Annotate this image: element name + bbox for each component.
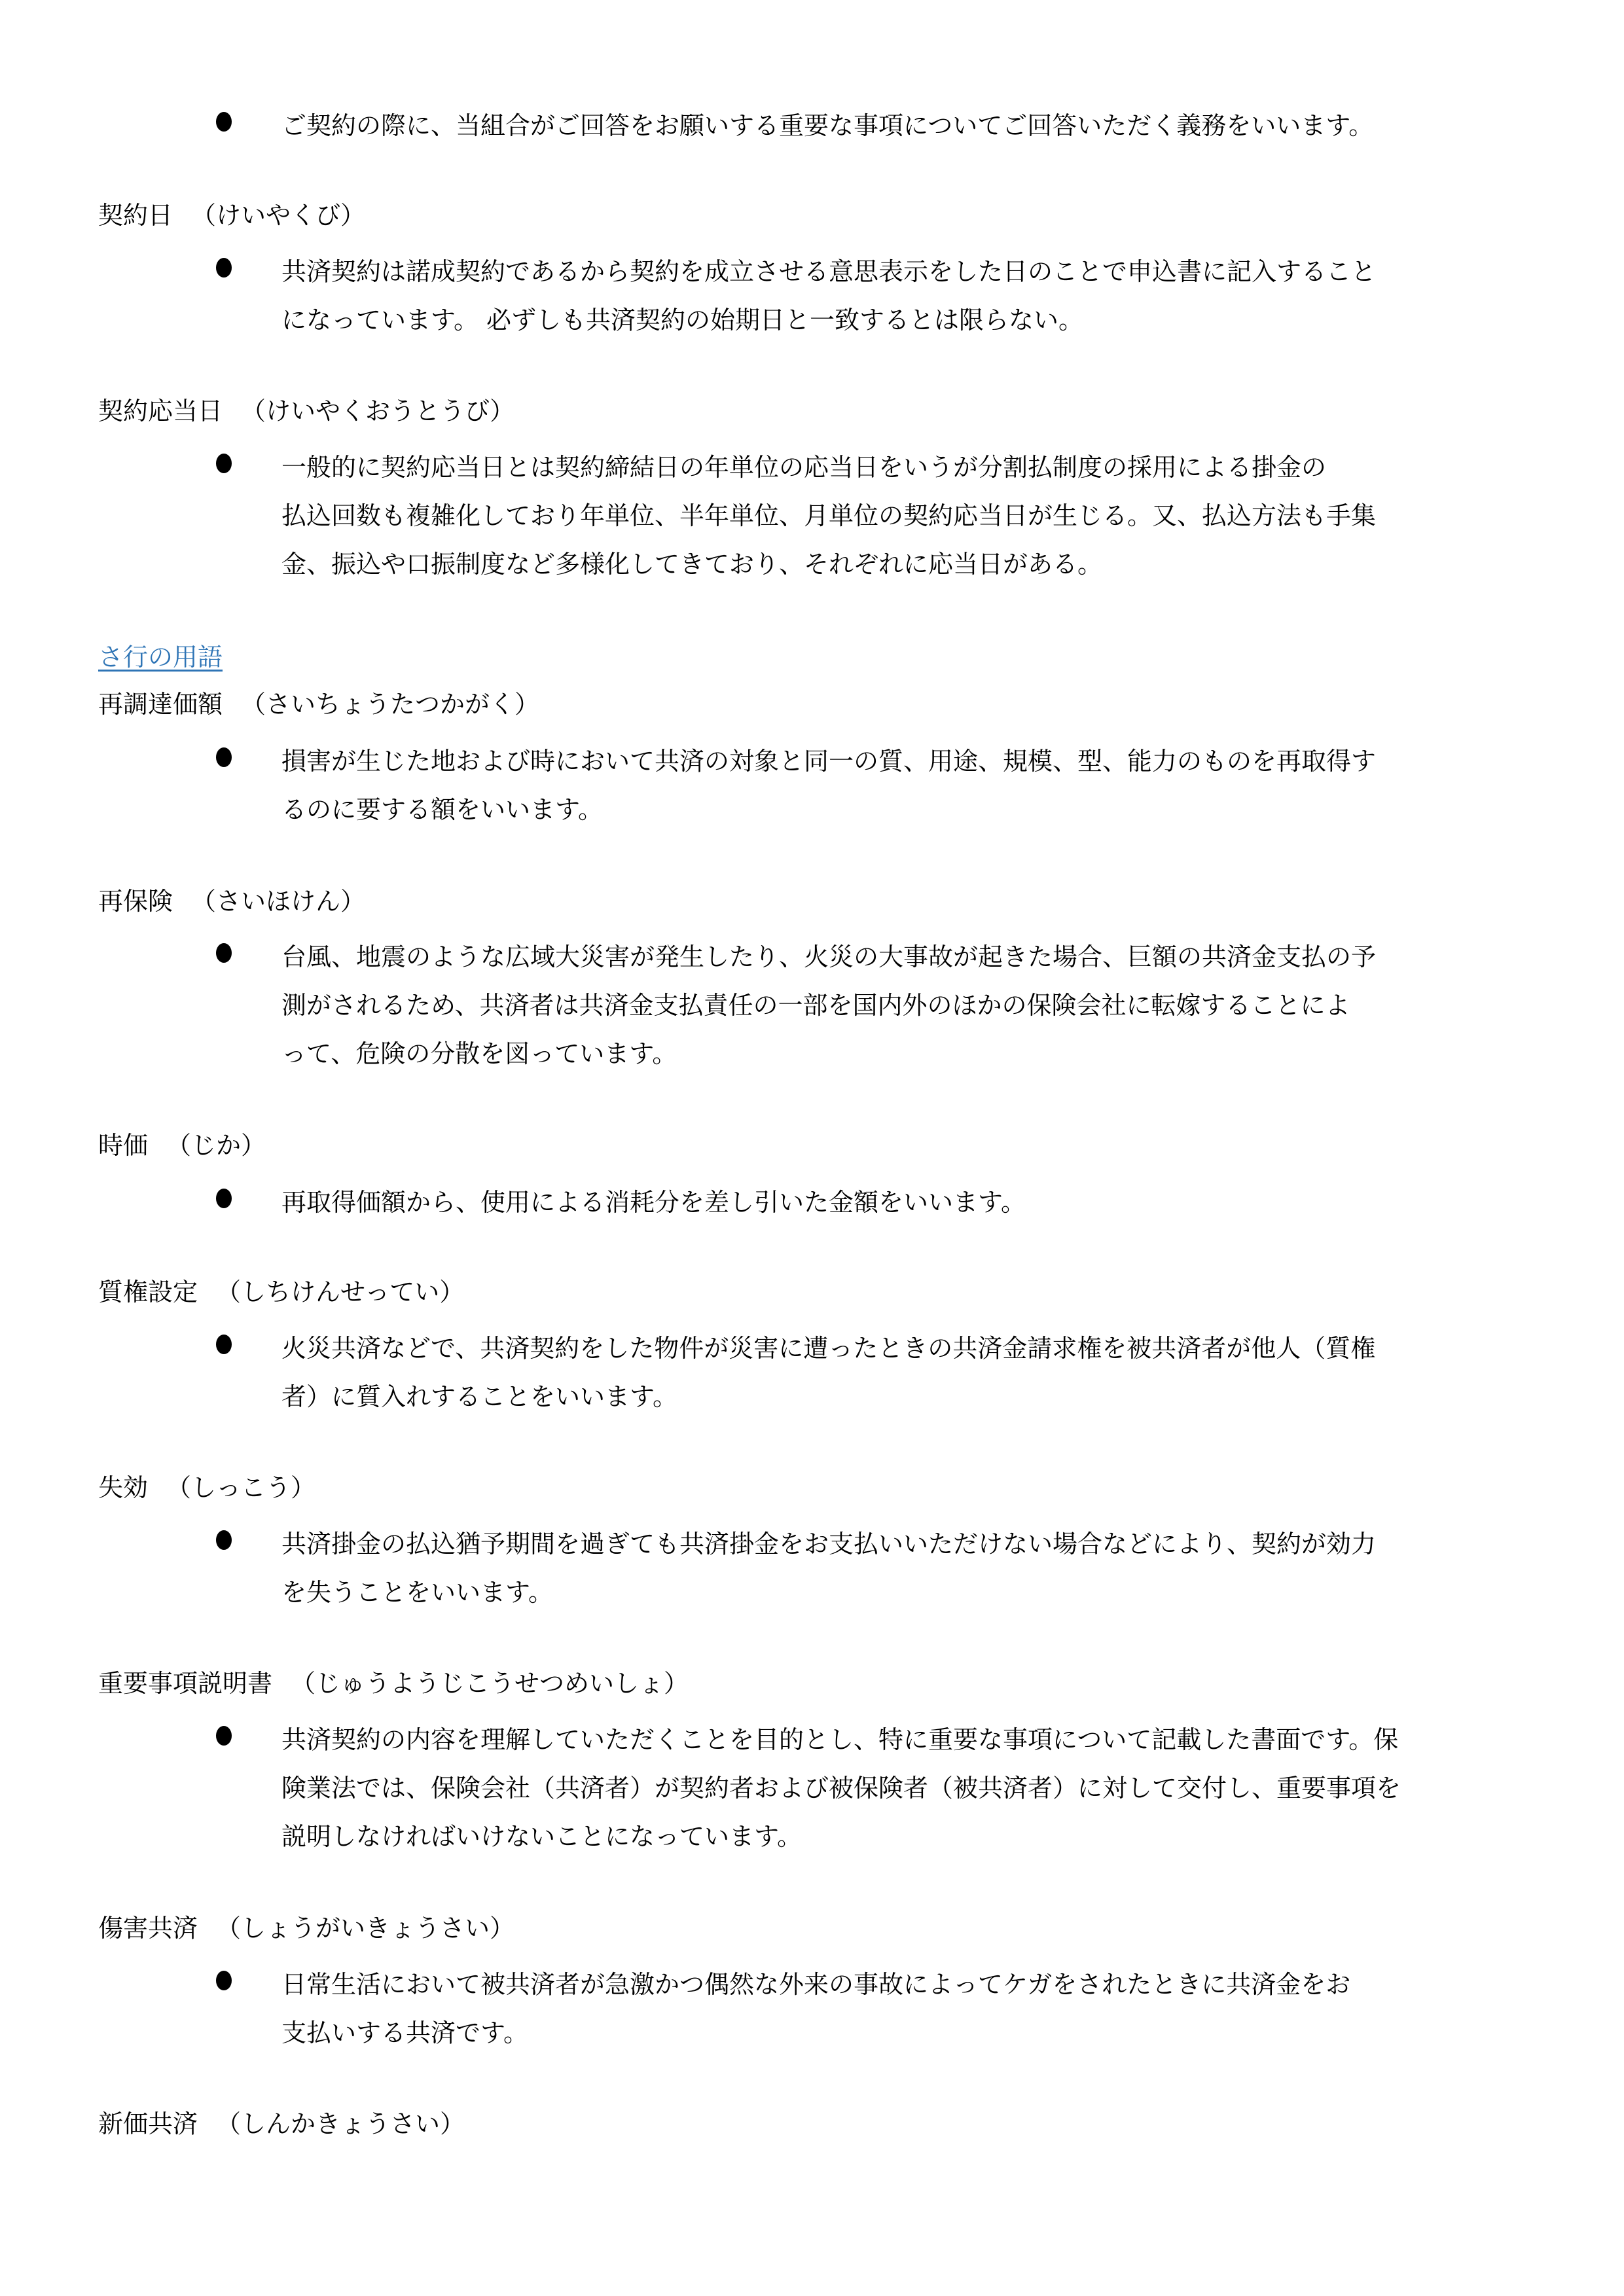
term-heading-shinka-kyousai: 新価共済（しんかきょうさい） — [98, 2108, 465, 2140]
term-name: 契約応当日 — [98, 397, 223, 425]
bullet-icon — [216, 1726, 232, 1746]
term-name: 再保険 — [98, 887, 173, 916]
term-heading-juuyou-jikou-setsumeisho: 重要事項説明書（じゅうようじこうせつめいしょ） — [98, 1668, 689, 1699]
term-name: 失効 — [98, 1473, 148, 1502]
term-reading: （けいやくおうとうび） — [241, 397, 514, 425]
term-heading-keiyakubi: 契約日（けいやくび） — [98, 200, 365, 231]
bullet-text: 共済掛金の払込猶予期間を過ぎても共済掛金をお支払いいただけない場合などにより、契… — [281, 1520, 1532, 1617]
term-heading-shougai-kyousai: 傷害共済（しょうがいきょうさい） — [98, 1912, 514, 1944]
term-reading: （じゅうようじこうせつめいしょ） — [291, 1669, 689, 1698]
term-reading: （しっこう） — [166, 1473, 316, 1502]
bullet-icon — [216, 1530, 232, 1550]
term-name: 再調達価額 — [98, 690, 223, 719]
term-name: 時価 — [98, 1131, 148, 1160]
term-heading-saihoken: 再保険（さいほけん） — [98, 886, 365, 917]
term-heading-shikkou: 失効（しっこう） — [98, 1472, 316, 1503]
bullet-text: 共済契約は諾成契約であるから契約を成立させる意思表示をした日のことで申込書に記入… — [281, 247, 1532, 344]
bullet-icon — [216, 1971, 232, 1990]
section-link-sa-row-terms[interactable]: さ行の用語 — [98, 641, 223, 673]
term-name: 新価共済 — [98, 2109, 198, 2138]
bullet-icon — [216, 747, 232, 767]
bullet-text: 共済契約の内容を理解していただくことを目的とし、特に重要な事項について記載した書… — [281, 1715, 1532, 1861]
term-heading-saichoutatsu-kagaku: 再調達価額（さいちょうたつかがく） — [98, 689, 539, 720]
term-reading: （しちけんせってい） — [216, 1278, 464, 1306]
bullet-icon — [216, 258, 232, 278]
bullet-text: 台風、地震のような広域大災害が発生したり、火災の大事故が起きた場合、巨額の共済金… — [281, 933, 1532, 1078]
term-name: 質権設定 — [98, 1278, 198, 1306]
bullet-text: ご契約の際に、当組合がご回答をお願いする重要な事項についてご回答いただく義務をい… — [281, 101, 1532, 150]
bullet-text: 日常生活において被共済者が急激かつ偶然な外来の事故によってケガをされたときに共済… — [281, 1960, 1532, 2057]
bullet-text: 損害が生じた地および時において共済の対象と同一の質、用途、規模、型、能力のものを… — [281, 737, 1532, 834]
term-reading: （さいちょうたつかがく） — [241, 690, 539, 719]
bullet-text: 一般的に契約応当日とは契約締結日の年単位の応当日をいうが分割払制度の採用による掛… — [281, 443, 1532, 588]
bullet-icon — [216, 454, 232, 473]
term-heading-keiyaku-outoubi: 契約応当日（けいやくおうとうび） — [98, 395, 514, 427]
term-reading: （しょうがいきょうさい） — [216, 1914, 514, 1943]
term-name: 傷害共済 — [98, 1914, 198, 1943]
term-name: 重要事項説明書 — [98, 1669, 272, 1698]
bullet-icon — [216, 112, 232, 132]
term-reading: （しんかきょうさい） — [216, 2109, 465, 2138]
bullet-text: 火災共済などで、共済契約をした物件が災害に遭ったときの共済金請求権を被共済者が他… — [281, 1324, 1532, 1421]
term-reading: （けいやくび） — [191, 201, 365, 230]
bullet-text: 再取得価額から、使用による消耗分を差し引いた金額をいいます。 — [281, 1178, 1532, 1227]
term-name: 契約日 — [98, 201, 173, 230]
term-reading: （じか） — [166, 1131, 266, 1160]
term-heading-shichiken-settei: 質権設定（しちけんせってい） — [98, 1276, 464, 1308]
term-reading: （さいほけん） — [191, 887, 365, 916]
bullet-icon — [216, 1335, 232, 1354]
term-heading-jika: 時価（じか） — [98, 1130, 266, 1161]
bullet-icon — [216, 943, 232, 963]
bullet-icon — [216, 1189, 232, 1208]
